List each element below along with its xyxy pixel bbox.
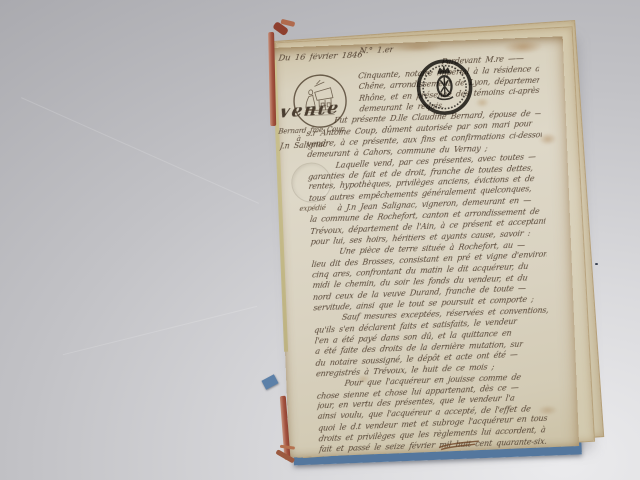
manuscript-front-page: Du 16 février 1846 N.° 1.er Vente Bernar… xyxy=(273,36,579,457)
foxing-stain xyxy=(393,41,443,53)
table-scratch xyxy=(63,306,257,355)
tax-vignette-stamp xyxy=(290,71,350,131)
signature-flourish xyxy=(437,439,481,451)
document-number: N.° 1.er xyxy=(359,46,394,56)
table-scratch xyxy=(21,97,259,204)
foxing-stain xyxy=(503,39,544,55)
margin-note-expedie: expédié xyxy=(299,204,326,214)
dust-speck xyxy=(595,263,598,265)
blue-cover-corner xyxy=(261,374,278,389)
postmark-crown-stamp xyxy=(413,56,475,118)
date-line: Du 16 février 1846 xyxy=(278,51,363,63)
foxing-stain xyxy=(475,97,489,108)
